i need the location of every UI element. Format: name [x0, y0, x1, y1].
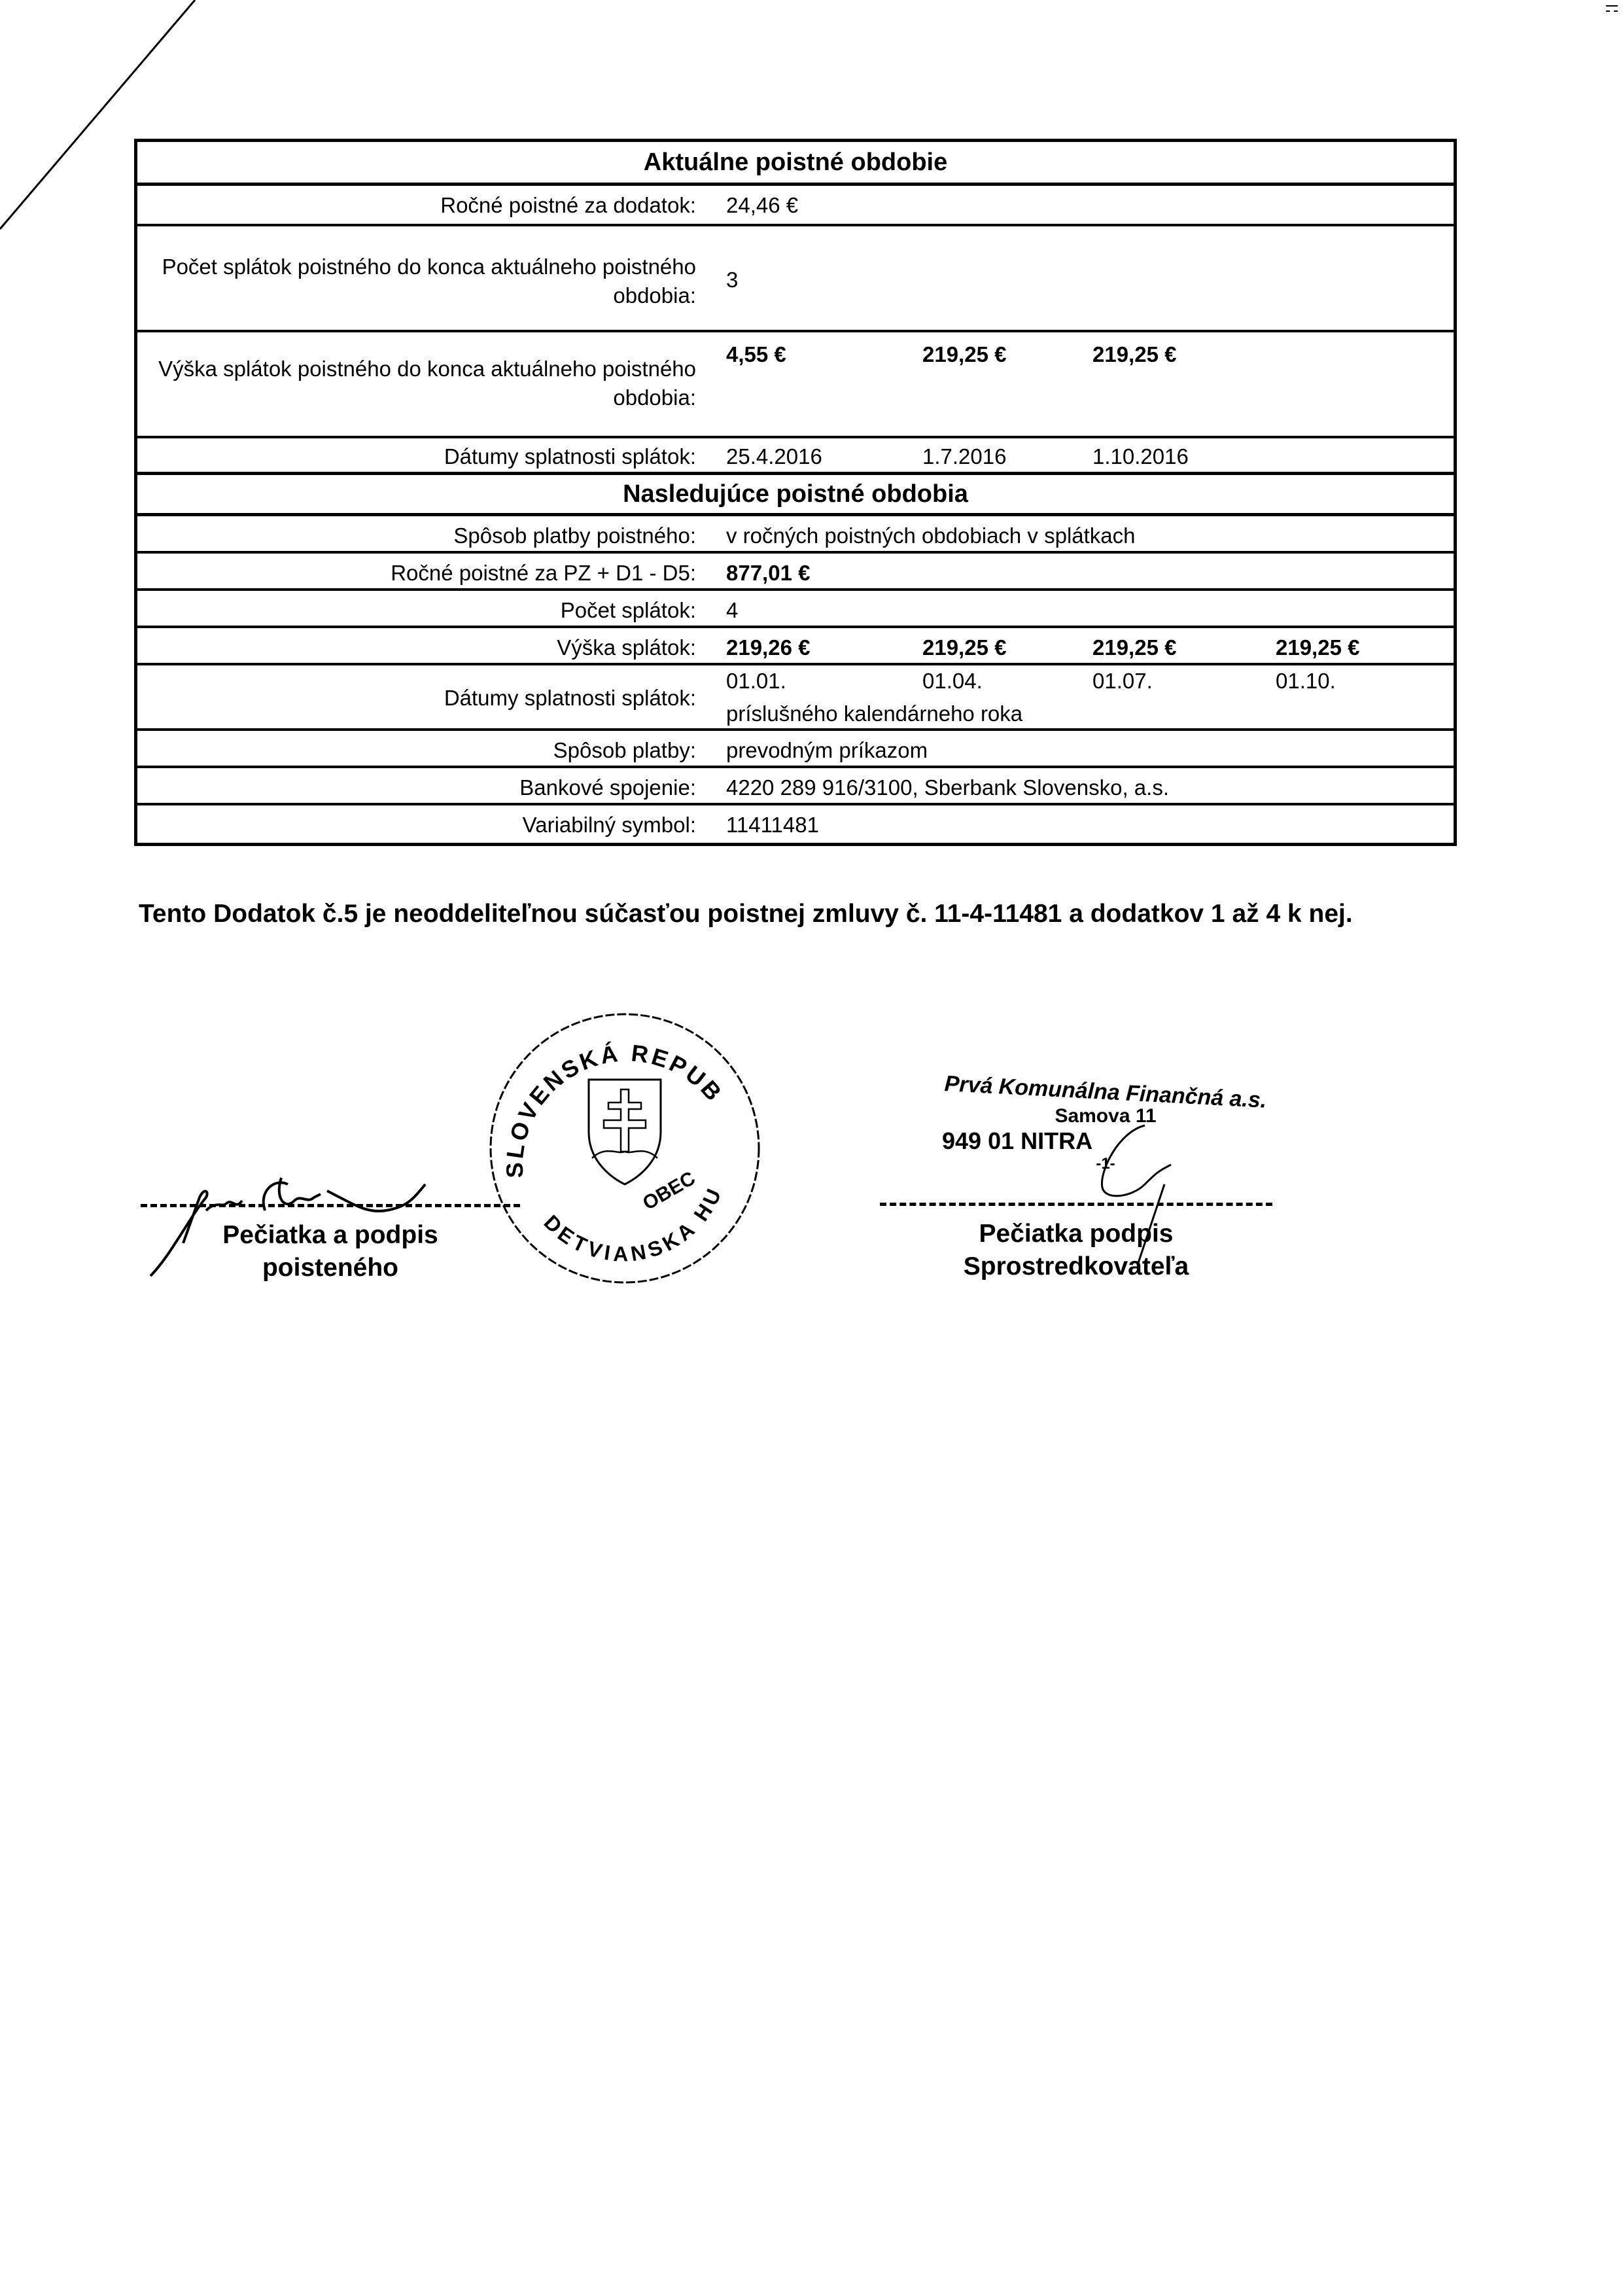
municipal-stamp: SLOVENSKÁ REPUBLIKA DETVIANSKA HUTA OBEC	[484, 1008, 765, 1289]
addendum-note: Tento Dodatok č.5 je neoddeliteľnou súča…	[139, 900, 1353, 928]
row-annual-premium-addendum: Ročné poistné za dodatok: 24,46 €	[137, 186, 1454, 226]
row-annual-premium-total: Ročné poistné za PZ + D1 - D5: 877,01 €	[137, 554, 1454, 591]
row-variable-symbol: Variabilný symbol: 11411481	[137, 805, 1454, 843]
row-installment-count: Počet splátok: 4	[137, 591, 1454, 628]
due-dates-note: príslušného kalendárneho roka	[726, 699, 1022, 728]
svg-text:OBEC: OBEC	[639, 1167, 699, 1214]
signature-line	[141, 1204, 520, 1207]
row-installment-amounts: Výška splátok: 219,26 € 219,25 € 219,25 …	[137, 628, 1454, 665]
section-title-following: Nasledujúce poistné obdobia	[137, 475, 1454, 516]
row-due-dates: Dátumy splatnosti splátok: 01.01. 01.04.…	[137, 665, 1454, 731]
corner-mark	[1606, 5, 1618, 16]
row-payment-method-premium: Spôsob platby poistného: v ročných poist…	[137, 516, 1454, 554]
premium-table: Aktuálne poistné obdobie Ročné poistné z…	[134, 139, 1457, 846]
signature-line	[880, 1203, 1272, 1206]
signature-block-insured: Pečiatka a podpis poisteného	[141, 1204, 520, 1284]
section-title-current: Aktuálne poistné obdobie	[137, 142, 1454, 186]
signature-block-intermediary: Pečiatka podpis Sprostredkovateľa	[880, 1203, 1272, 1283]
row-installment-amounts-current: Výška splátok poistného do konca aktuáln…	[137, 332, 1454, 438]
row-payment-method: Spôsob platby: prevodným príkazom	[137, 731, 1454, 768]
row-due-dates-current: Dátumy splatnosti splátok: 25.4.2016 1.7…	[137, 438, 1454, 475]
coat-of-arms-icon	[589, 1080, 661, 1184]
row-installment-count-current: Počet splátok poistného do konca aktuáln…	[137, 226, 1454, 332]
row-bank-account: Bankové spojenie: 4220 289 916/3100, Sbe…	[137, 768, 1454, 805]
